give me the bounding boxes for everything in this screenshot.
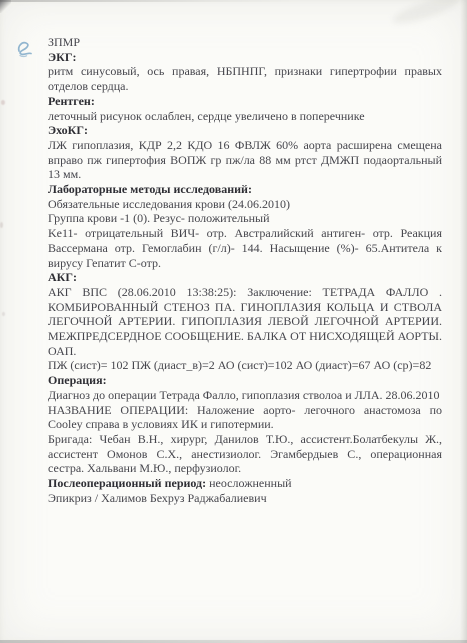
scan-speck: [2, 312, 5, 316]
scan-speck: [1, 100, 5, 105]
heading-rentgen: Рентген:: [48, 94, 442, 109]
preop-diagnosis: Диагноз до операции Тетрада Фалло, гипоп…: [48, 388, 442, 403]
heading-lab-methods: Лабораторные методы исследований:: [48, 182, 442, 197]
scan-smudge-artifact: [390, 0, 462, 28]
heading-ehokg: ЭхоКГ:: [48, 123, 442, 138]
operation-name: НАЗВАНИЕ ОПЕРАЦИИ: Наложение аорто- лего…: [48, 403, 442, 432]
surgical-team: Бригада: Чебан В.Н., хирург, Данилов Т.Ю…: [48, 432, 442, 476]
scanned-page: ЗПМР ЭКГ: ритм синусовый, ось правая, НБ…: [0, 0, 467, 643]
heading-akg: АКГ:: [48, 270, 442, 285]
scan-speck: [0, 222, 3, 228]
rentgen-findings: леточный рисунок ослаблен, сердце увелич…: [48, 109, 442, 124]
epikriz-patient-name: Эпикриз / Халимов Бехруз Раджабалиевич: [48, 491, 442, 506]
scan-top-edge-artifact: [0, 0, 300, 2]
note-zpmr: ЗПМР: [48, 35, 442, 50]
serology-results: Ke11- отрицательный ВИЧ- отр. Австралийс…: [48, 226, 442, 270]
handwritten-pen-squiggle-mark: [14, 38, 42, 62]
document-body: ЗПМР ЭКГ: ритм синусовый, ось правая, НБ…: [48, 35, 442, 506]
ekg-findings: ритм синусовый, ось правая, НБПНПГ, приз…: [48, 64, 442, 93]
akg-conclusion: АКГ ВПС (28.06.2010 13:38:25): Заключени…: [48, 285, 442, 359]
heading-ekg: ЭКГ:: [48, 50, 442, 65]
blood-group: Группа крови -1 (0). Резус- положительны…: [48, 211, 442, 226]
pressure-measurements: ПЖ (сист)= 102 ПЖ (диаст_в)=2 АО (сист)=…: [48, 358, 442, 373]
ehokg-findings: ЛЖ гипоплазия, КДР 2,2 КДО 16 ФВЛЖ 60% а…: [48, 138, 442, 182]
scan-right-edge-artifact: [460, 0, 467, 643]
heading-operation: Операция:: [48, 373, 442, 388]
lab-blood-tests-date: Обязательные исследования крови (24.06.2…: [48, 197, 442, 212]
postop-period: Послеоперационный период: неосложненный: [48, 476, 442, 491]
